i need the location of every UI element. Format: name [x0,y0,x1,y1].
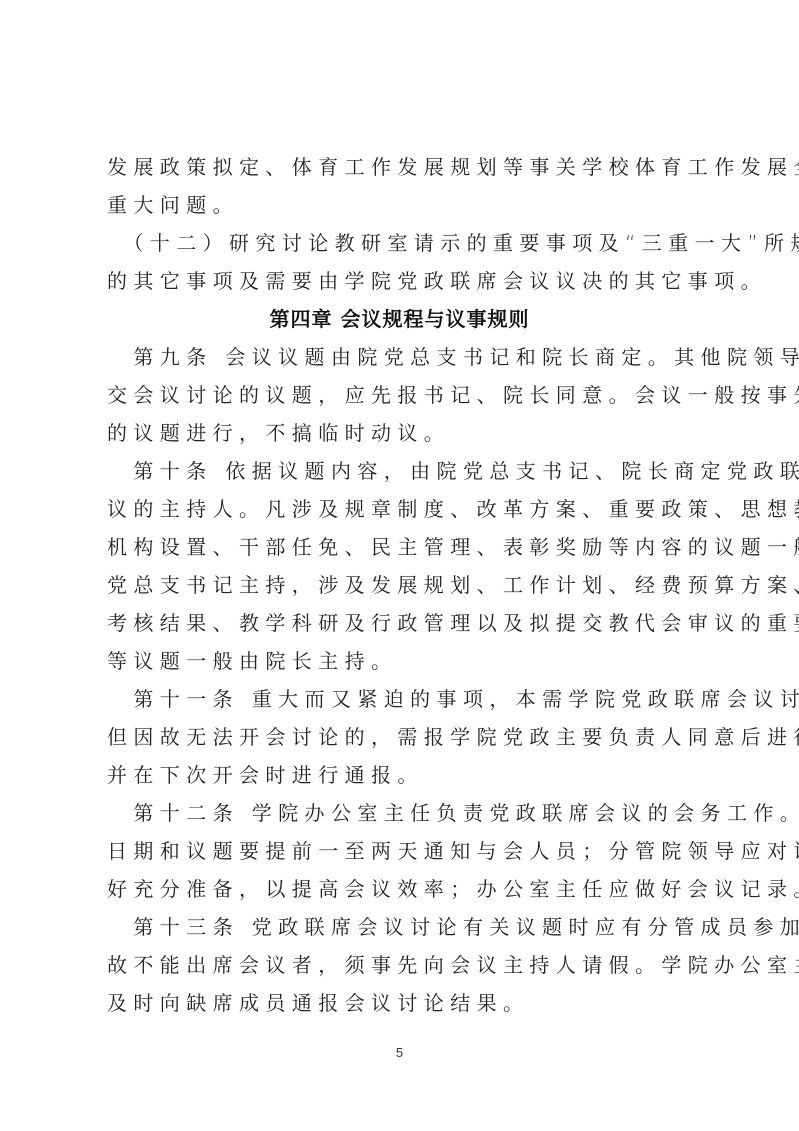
paragraph-line: 故不能出席会议者，须事先向会议主持人请假。学院办公室主任要 [107,946,697,984]
paragraph-line: 日期和议题要提前一至两天通知与会人员；分管院领导应对议题做 [107,832,697,870]
paragraph-line: 第九条 会议议题由院党总支书记和院长商定。其他院领导要提 [107,338,697,376]
paragraph-line: 但因故无法开会讨论的，需报学院党政主要负责人同意后进行处置， [107,718,697,756]
body-text: 发展政策拟定、体育工作发展规划等事关学校体育工作发展全局的 重大问题。 （十二）… [107,148,697,1022]
paragraph-line: 第十三条 党政联席会议讨论有关议题时应有分管成员参加，因 [107,908,697,946]
paragraph-line: 第十条 依据议题内容，由院党总支书记、院长商定党政联席会 [107,452,697,490]
paragraph-line: 的其它事项及需要由学院党政联席会议议决的其它事项。 [107,262,697,300]
chapter-heading: 第四章 会议规程与议事规则 [107,300,692,338]
paragraph-line: 发展政策拟定、体育工作发展规划等事关学校体育工作发展全局的 [107,148,697,186]
paragraph-line: 及时向缺席成员通报会议讨论结果。 [107,984,697,1022]
paragraph-line: 议的主持人。凡涉及规章制度、改革方案、重要政策、思想教育、 [107,490,697,528]
paragraph-line: 重大问题。 [107,186,697,224]
document-page: 发展政策拟定、体育工作发展规划等事关学校体育工作发展全局的 重大问题。 （十二）… [0,0,799,1131]
paragraph-line: 的议题进行，不搞临时动议。 [107,414,697,452]
paragraph-line: 考核结果、教学科研及行政管理以及拟提交教代会审议的重要事项 [107,604,697,642]
paragraph-line: 等议题一般由院长主持。 [107,642,697,680]
paragraph-line: 第十一条 重大而又紧迫的事项，本需学院党政联席会议讨论， [107,680,697,718]
paragraph-line: 交会议讨论的议题，应先报书记、院长同意。会议一般按事先确定 [107,376,697,414]
page-number: 5 [0,1045,799,1060]
paragraph-line: 并在下次开会时进行通报。 [107,756,697,794]
paragraph-line: 好充分准备，以提高会议效率；办公室主任应做好会议记录。 [107,870,697,908]
paragraph-line: 机构设置、干部任免、民主管理、表彰奖励等内容的议题一般由院 [107,528,697,566]
paragraph-line: 党总支书记主持，涉及发展规划、工作计划、经费预算方案、审定 [107,566,697,604]
paragraph-line: （十二）研究讨论教研室请示的重要事项及“三重一大”所规定 [107,224,697,262]
paragraph-line: 第十二条 学院办公室主任负责党政联席会议的会务工作。会议 [107,794,697,832]
